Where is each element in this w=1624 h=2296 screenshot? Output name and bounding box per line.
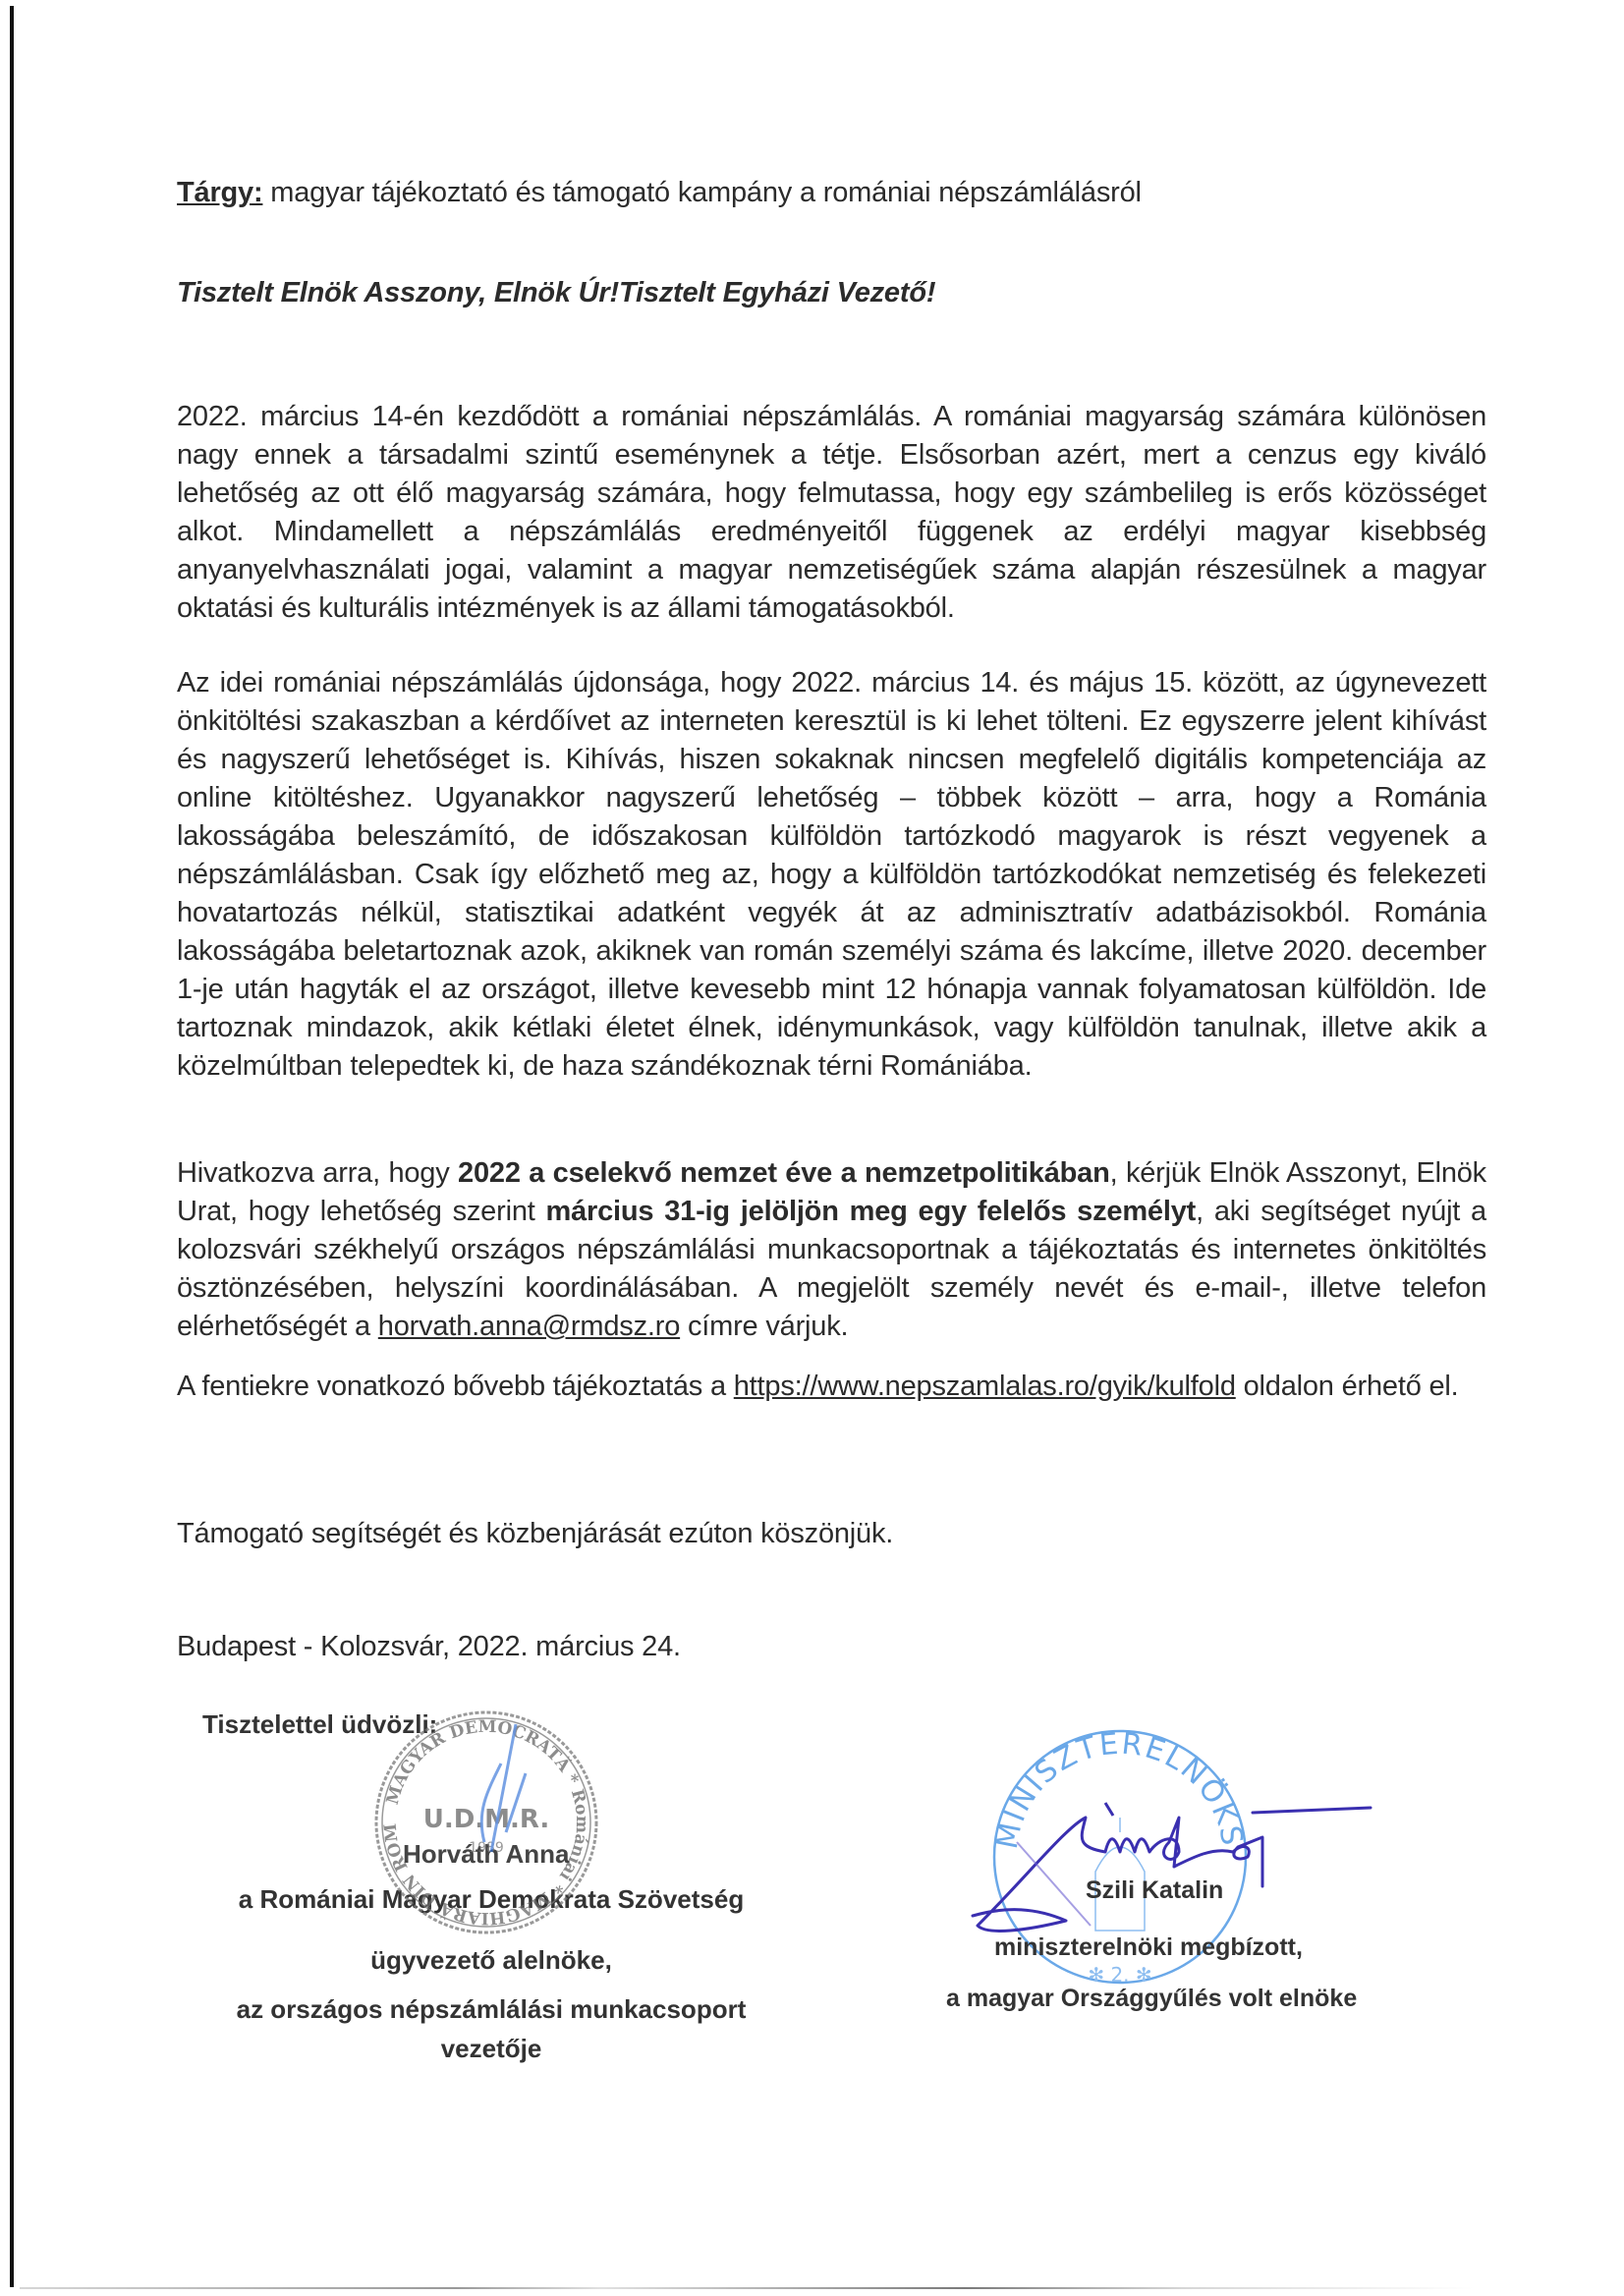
signer-role-right-line2: a magyar Országgyűlés volt elnöke	[946, 1985, 1357, 2013]
text-run: oldalon érhető el.	[1236, 1371, 1459, 1402]
signer-title-line3: az országos népszámlálási munkacsoport	[177, 1994, 806, 2025]
signer-title-line4: vezetője	[177, 2034, 806, 2064]
date-place: Budapest - Kolozsvár, 2022. március 24.	[177, 1631, 681, 1663]
salutation: Tisztelt Elnök Asszony, Elnök Úr!Tisztel…	[177, 277, 935, 309]
subject-label: Tárgy:	[177, 177, 262, 208]
text-run: Hivatkozva arra, hogy	[177, 1157, 458, 1189]
info-url-link[interactable]: https://www.nepszamlalas.ro/gyik/kulfold	[734, 1371, 1236, 1402]
scan-border-left	[10, 6, 14, 2287]
udmr-stamp-icon: MAGYAR DEMOCRATĂ * Romániai * MAGHIARĂ D…	[368, 1705, 604, 1940]
bold-year-of-action: 2022 a cselekvő nemzet éve a nemzetpolit…	[458, 1157, 1110, 1189]
paragraph-more-info: A fentiekre vonatkozó bővebb tájékoztatá…	[177, 1368, 1486, 1406]
svg-text:U.D.M.R.: U.D.M.R.	[423, 1805, 550, 1834]
email-link[interactable]: horvath.anna@rmdsz.ro	[378, 1311, 680, 1342]
text-run: címre várjuk.	[680, 1311, 848, 1342]
closing-thanks: Támogató segítségét és közbenjárását ezú…	[177, 1518, 893, 1550]
subject-text: magyar tájékoztató és támogató kampány a…	[262, 177, 1141, 208]
handwritten-signature-icon	[968, 1798, 1380, 1955]
paragraph-census-start: 2022. március 14-én kezdődött a romániai…	[177, 398, 1486, 628]
subject-line: Tárgy: magyar tájékoztató és támogató ka…	[177, 177, 1142, 209]
paragraph-online-census: Az idei romániai népszámlálás újdonsága,…	[177, 664, 1486, 1086]
bold-deadline: március 31-ig jelöljön meg egy felelős s…	[546, 1196, 1197, 1227]
paragraph-request: Hivatkozva arra, hogy 2022 a cselekvő ne…	[177, 1154, 1486, 1346]
text-run: A fentiekre vonatkozó bővebb tájékoztatá…	[177, 1371, 734, 1402]
scan-border-bottom	[20, 2287, 1474, 2289]
signer-title-line2: ügyvezető alelnöke,	[177, 1945, 806, 1976]
svg-text:1989: 1989	[469, 1840, 504, 1856]
